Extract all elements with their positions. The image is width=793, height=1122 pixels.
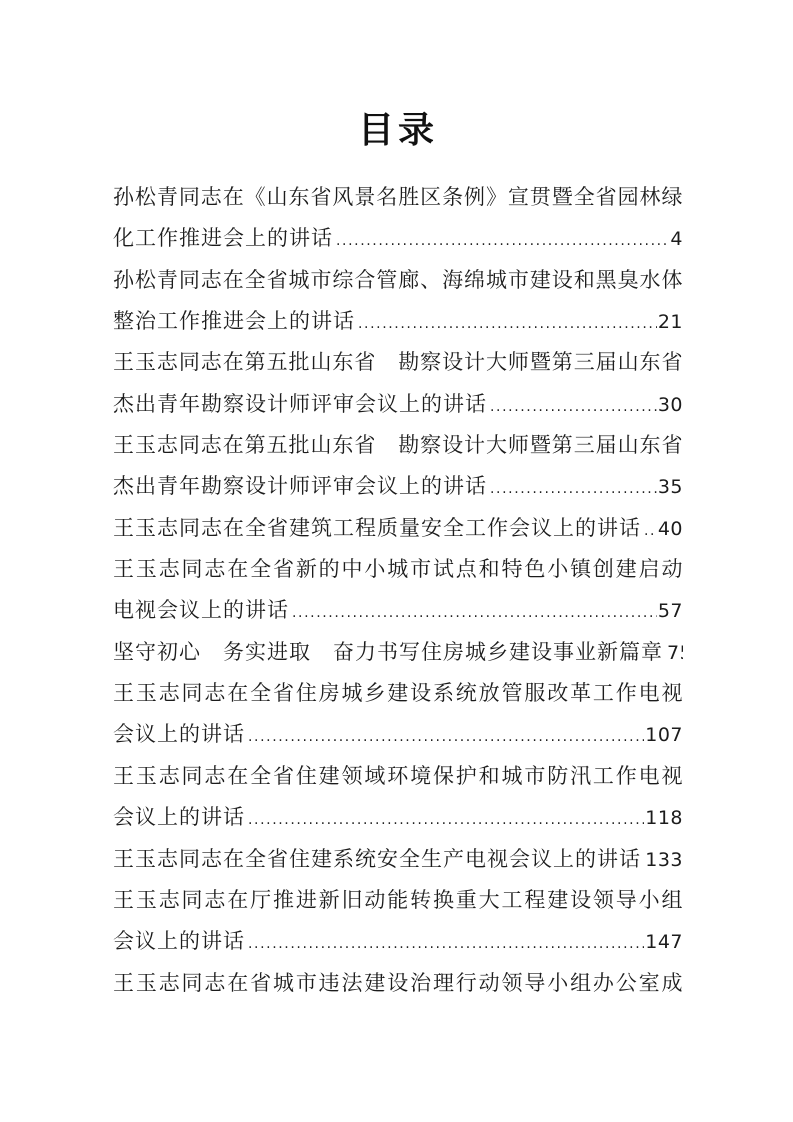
toc-entry-line[interactable]: 杰出青年勘察设计师评审会议上的讲话 ......................… bbox=[113, 384, 683, 425]
dot-leader: ........................................… bbox=[248, 717, 644, 755]
toc-entry-line[interactable]: 化工作推进会上的讲话 .............................… bbox=[113, 218, 683, 259]
dot-leader: ........................................… bbox=[358, 304, 657, 342]
page-number: 147 bbox=[644, 922, 683, 962]
page-number: 21 bbox=[657, 302, 683, 342]
toc-entry-text: 会议上的讲话 bbox=[113, 714, 245, 755]
toc-entry-line[interactable]: 王玉志同志在第五批山东省 勘察设计大师暨第三届山东省 bbox=[113, 425, 683, 466]
page-number: 35 bbox=[657, 467, 683, 507]
toc-entry-text: 杰出青年勘察设计师评审会议上的讲话 bbox=[113, 466, 487, 507]
page-number: 75 bbox=[666, 633, 683, 673]
toc-entry-line[interactable]: 孙松青同志在全省城市综合管廊、海绵城市建设和黑臭水体 bbox=[113, 260, 683, 301]
toc-entry-line[interactable]: 王玉志同志在省城市违法建设治理行动领导小组办公室成 bbox=[113, 963, 683, 1004]
toc-entry-line[interactable]: 孙松青同志在《山东省风景名胜区条例》宣贯暨全省园林绿 bbox=[113, 177, 683, 218]
toc-entry-text: 会议上的讲话 bbox=[113, 797, 245, 838]
toc-entry-text: 电视会议上的讲话 bbox=[113, 590, 289, 631]
toc-entry-line[interactable]: 王玉志同志在全省住建系统安全生产电视会议上的讲话 133 bbox=[113, 839, 683, 880]
toc-entry-text: 王玉志同志在全省建筑工程质量安全工作会议上的讲话 bbox=[113, 508, 641, 549]
toc-entry-line[interactable]: 会议上的讲话 .................................… bbox=[113, 921, 683, 962]
toc-entry-line[interactable]: 王玉志同志在全省住房城乡建设系统放管服改革工作电视 bbox=[113, 673, 683, 714]
dot-leader: ........................................… bbox=[490, 387, 657, 425]
dot-leader: ........................................… bbox=[336, 221, 669, 259]
table-of-contents: 孙松青同志在《山东省风景名胜区条例》宣贯暨全省园林绿 化工作推进会上的讲话 ..… bbox=[113, 177, 683, 1004]
document-page: 目录 孙松青同志在《山东省风景名胜区条例》宣贯暨全省园林绿 化工作推进会上的讲话… bbox=[0, 0, 793, 1122]
toc-entry-line[interactable]: 整治工作推进会上的讲话 ............................… bbox=[113, 301, 683, 342]
dot-leader: ........................................… bbox=[248, 924, 644, 962]
toc-entry-text: 整治工作推进会上的讲话 bbox=[113, 301, 355, 342]
page-number: 133 bbox=[644, 840, 683, 880]
dot-leader: ........................................… bbox=[644, 511, 657, 549]
toc-entry-text: 会议上的讲话 bbox=[113, 921, 245, 962]
dot-leader: ........................................… bbox=[490, 469, 657, 507]
page-number: 118 bbox=[644, 798, 683, 838]
toc-entry-line[interactable]: 坚守初心 务实进取 奋力书写住房城乡建设事业新篇章 ..............… bbox=[113, 632, 683, 673]
toc-entry-text: 杰出青年勘察设计师评审会议上的讲话 bbox=[113, 384, 487, 425]
toc-entry-line[interactable]: 王玉志同志在全省建筑工程质量安全工作会议上的讲话 ...............… bbox=[113, 508, 683, 549]
toc-entry-line[interactable]: 王玉志同志在厅推进新旧动能转换重大工程建设领导小组 bbox=[113, 880, 683, 921]
toc-entry-line[interactable]: 会议上的讲话 .................................… bbox=[113, 797, 683, 838]
page-number: 107 bbox=[644, 715, 683, 755]
toc-entry-text: 坚守初心 务实进取 奋力书写住房城乡建设事业新篇章 bbox=[113, 632, 663, 673]
page-number: 40 bbox=[657, 509, 683, 549]
toc-entry-line[interactable]: 会议上的讲话 .................................… bbox=[113, 714, 683, 755]
page-number: 57 bbox=[657, 591, 683, 631]
page-number: 4 bbox=[669, 219, 683, 259]
toc-entry-text: 王玉志同志在全省住建系统安全生产电视会议上的讲话 bbox=[113, 839, 641, 880]
toc-entry-line[interactable]: 电视会议上的讲话 ...............................… bbox=[113, 590, 683, 631]
toc-title: 目录 bbox=[113, 108, 683, 152]
dot-leader: ........................................… bbox=[292, 593, 657, 631]
toc-entry-line[interactable]: 王玉志同志在全省住建领域环境保护和城市防汛工作电视 bbox=[113, 756, 683, 797]
toc-entry-text: 化工作推进会上的讲话 bbox=[113, 218, 333, 259]
toc-entry-line[interactable]: 王玉志同志在第五批山东省 勘察设计大师暨第三届山东省 bbox=[113, 342, 683, 383]
toc-entry-line[interactable]: 王玉志同志在全省新的中小城市试点和特色小镇创建启动 bbox=[113, 549, 683, 590]
toc-entry-line[interactable]: 杰出青年勘察设计师评审会议上的讲话 ......................… bbox=[113, 466, 683, 507]
dot-leader: ........................................… bbox=[248, 800, 644, 838]
page-number: 30 bbox=[657, 385, 683, 425]
